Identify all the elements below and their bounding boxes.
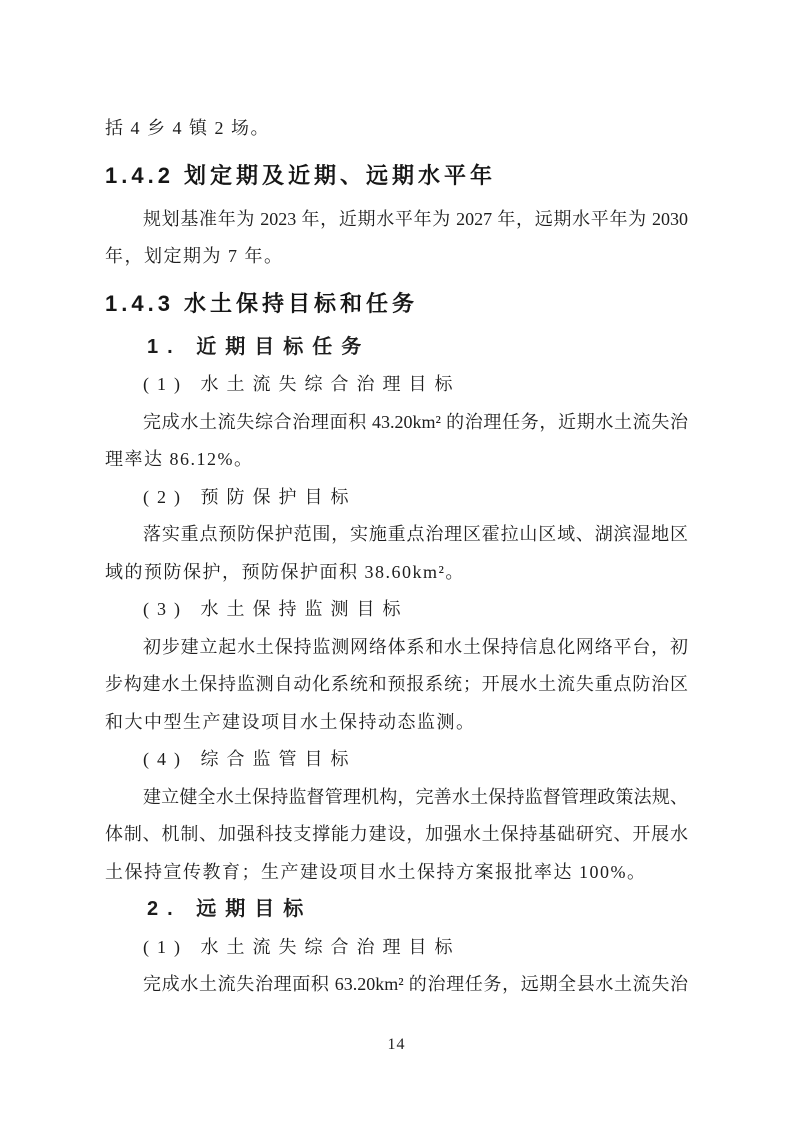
paragraph-line: 年，划定期为 7 年。 — [105, 238, 688, 276]
paragraph-line: 完成水土流失综合治理面积 43.20km² 的治理任务，近期水土流失治 — [105, 404, 688, 442]
item-label: (1) 水土流失综合治理目标 — [105, 366, 688, 404]
item-label: (2) 预防保护目标 — [105, 479, 688, 517]
page-number: 14 — [0, 1036, 793, 1054]
subsection-heading-near-term: 1. 近期目标任务 — [105, 329, 688, 367]
paragraph-line: 括 4 乡 4 镇 2 场。 — [105, 110, 688, 148]
paragraph-line: 规划基准年为 2023 年，近期水平年为 2027 年，远期水平年为 2030 — [105, 201, 688, 239]
paragraph-line: 理率达 86.12%。 — [105, 441, 688, 479]
subsection-heading-long-term: 2. 远期目标 — [105, 891, 688, 929]
paragraph-line: 步构建水土保持监测自动化系统和预报系统；开展水土流失重点防治区 — [105, 666, 688, 704]
item-label: (4) 综合监管目标 — [105, 741, 688, 779]
section-heading-1-4-3: 1.4.3 水土保持目标和任务 — [105, 281, 688, 326]
paragraph-line: 域的预防保护，预防保护面积 38.60km²。 — [105, 554, 688, 592]
paragraph-line: 初步建立起水土保持监测网络体系和水土保持信息化网络平台，初 — [105, 629, 688, 667]
document-page: 括 4 乡 4 镇 2 场。 1.4.2 划定期及近期、远期水平年 规划基准年为… — [0, 0, 793, 1122]
paragraph-line: 和大中型生产建设项目水土保持动态监测。 — [105, 704, 688, 742]
paragraph-line: 土保持宣传教育；生产建设项目水土保持方案报批率达 100%。 — [105, 854, 688, 892]
item-label: (3) 水土保持监测目标 — [105, 591, 688, 629]
paragraph-line: 建立健全水土保持监督管理机构，完善水土保持监督管理政策法规、 — [105, 779, 688, 817]
paragraph-line: 落实重点预防保护范围，实施重点治理区霍拉山区域、湖滨湿地区 — [105, 516, 688, 554]
section-heading-1-4-2: 1.4.2 划定期及近期、远期水平年 — [105, 153, 688, 198]
item-label: (1) 水土流失综合治理目标 — [105, 929, 688, 967]
paragraph-line: 体制、机制、加强科技支撑能力建设，加强水土保持基础研究、开展水 — [105, 816, 688, 854]
paragraph-line: 完成水土流失治理面积 63.20km² 的治理任务，远期全县水土流失治 — [105, 966, 688, 1004]
